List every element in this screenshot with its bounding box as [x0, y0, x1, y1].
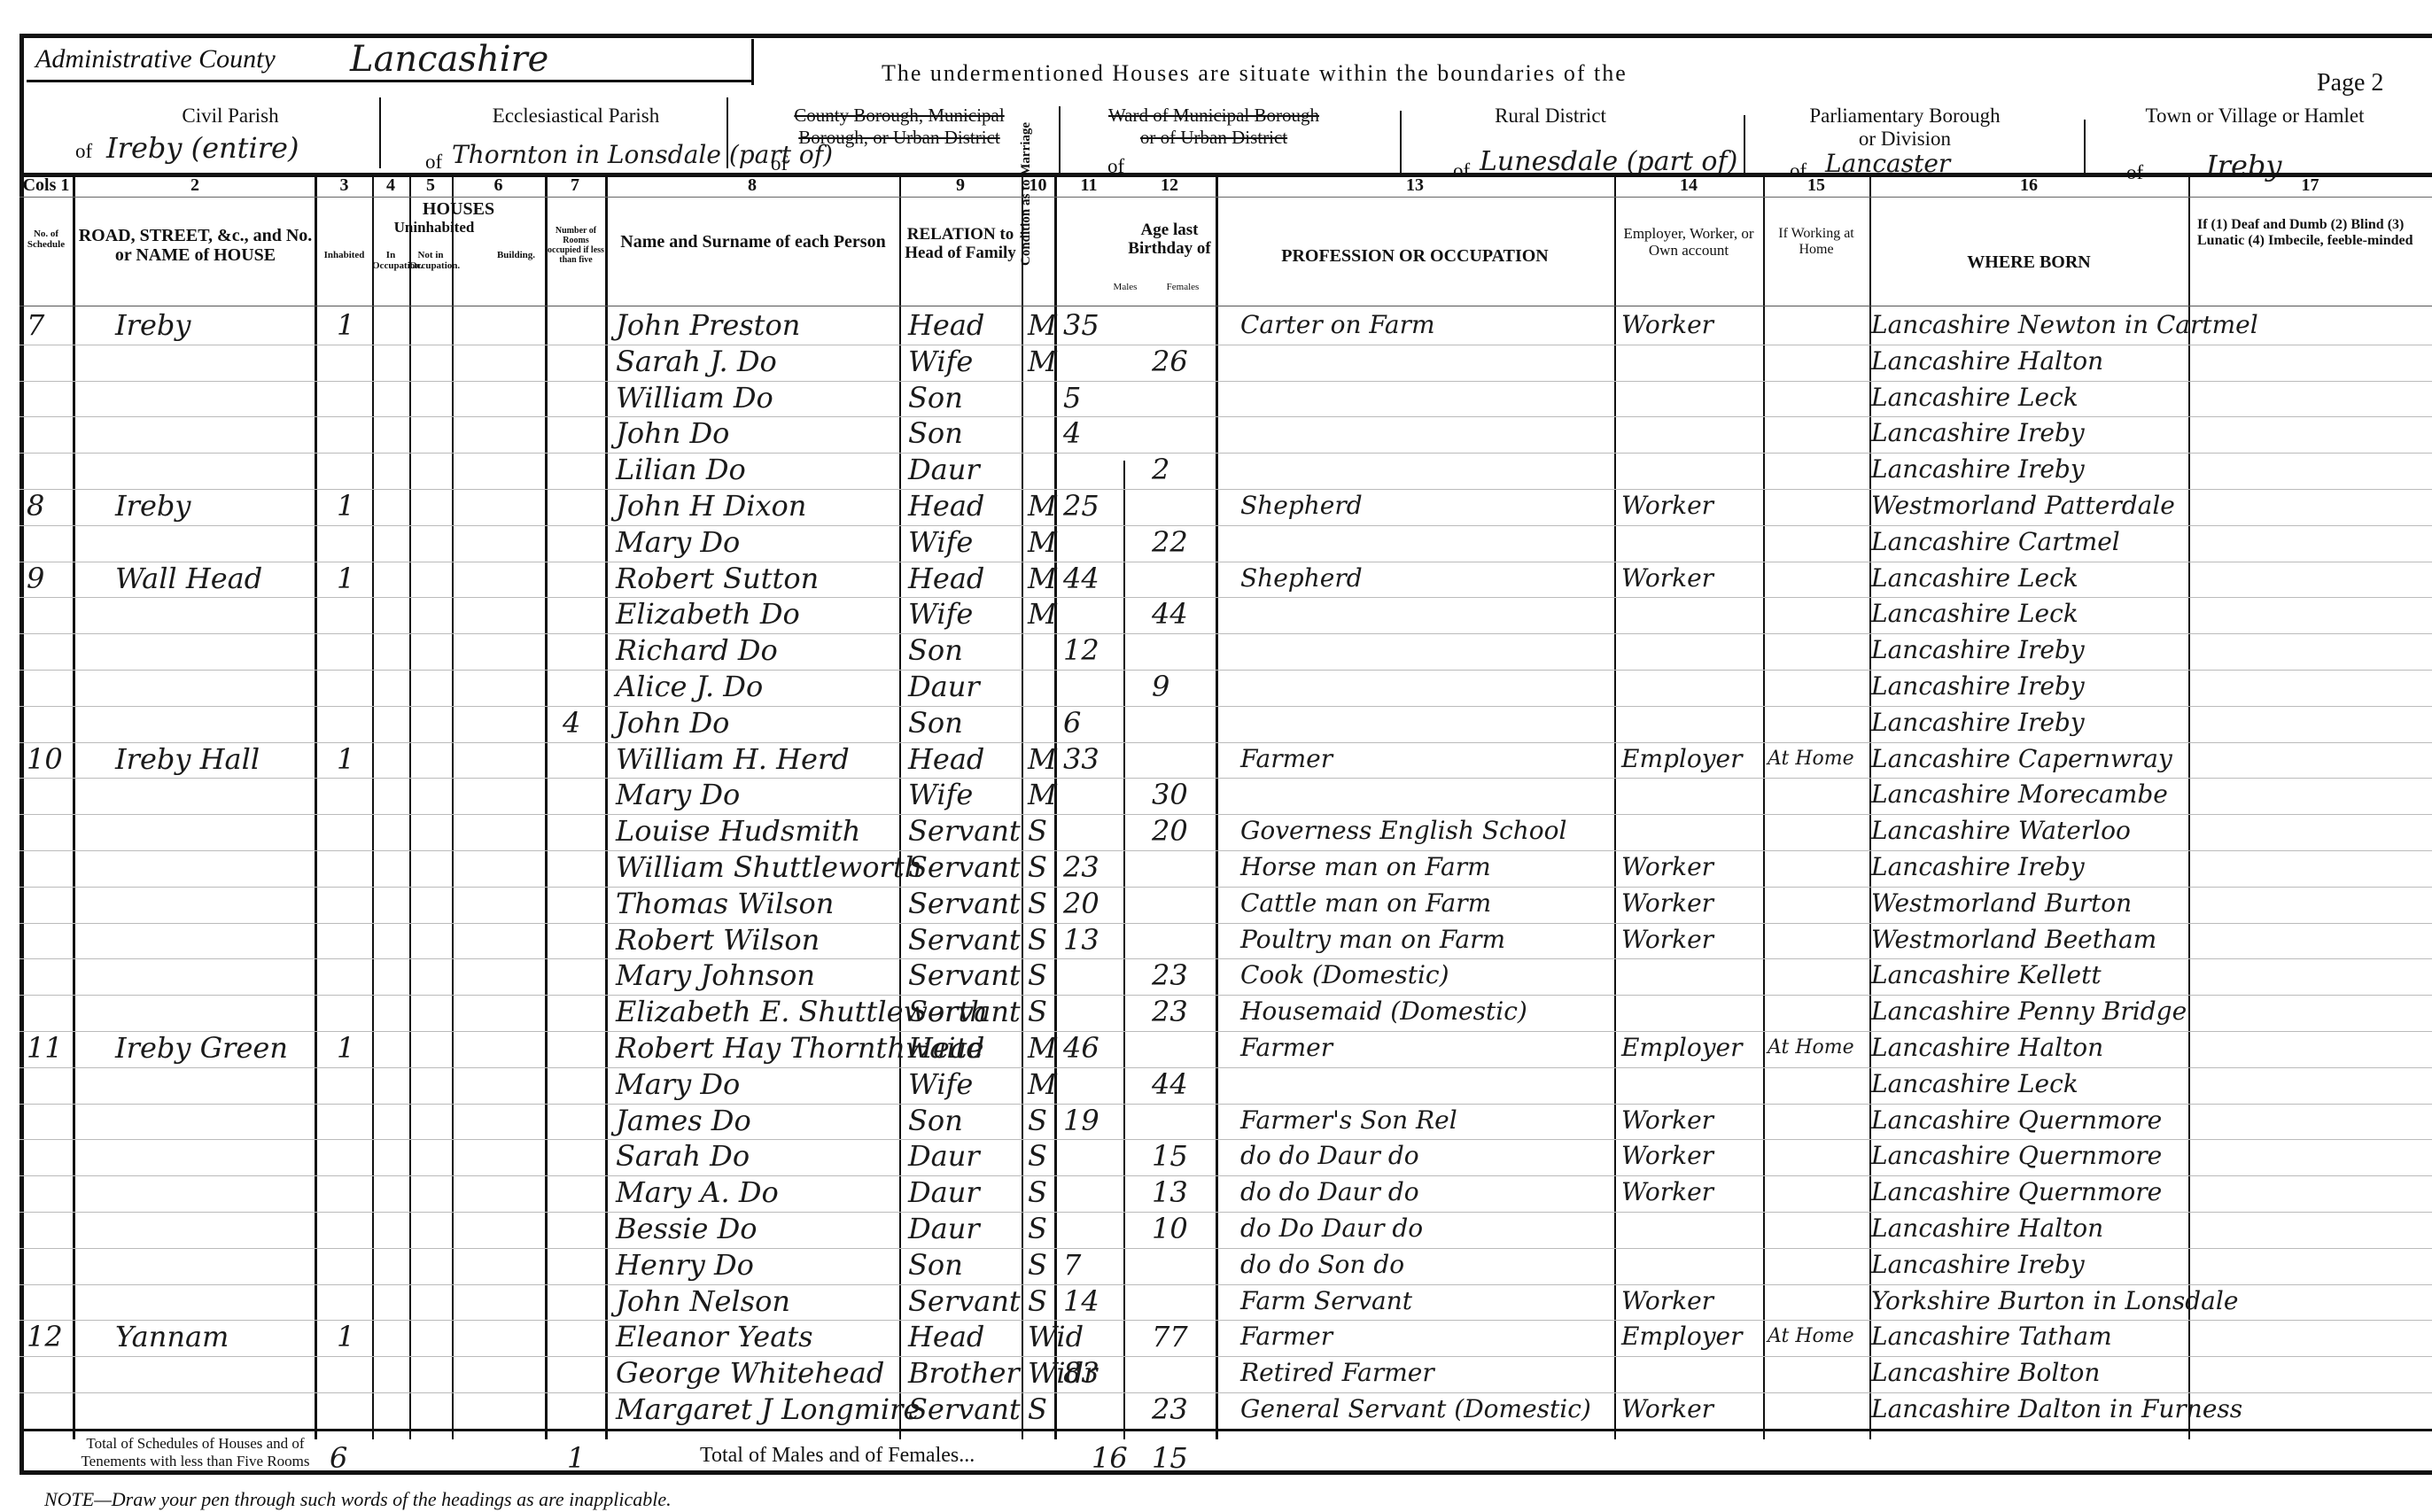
cell-inhabited: 1: [337, 487, 354, 524]
cell-employer: Employer: [1621, 1318, 1743, 1355]
cell-female-age: 26: [1152, 343, 1188, 380]
cell-male-age: 7: [1063, 1246, 1081, 1283]
cell-born: Lancashire Leck: [1871, 595, 2078, 632]
cell-born: Lancashire Leck: [1871, 1066, 2078, 1103]
cell-condition: S: [1028, 993, 1047, 1030]
cell-occupation: Retired Farmer: [1240, 1354, 1434, 1392]
cell-name: Henry Do: [616, 1246, 754, 1283]
cell-female-age: 77: [1152, 1318, 1188, 1355]
cell-relation: Wife: [908, 523, 973, 561]
col-line: [2188, 174, 2190, 1439]
cell-born: Yorkshire Burton in Lonsdale: [1871, 1283, 2238, 1320]
cell-employer: Employer: [1621, 740, 1743, 778]
rural-district-label: Rural District: [1435, 105, 1666, 128]
col-head-building: Building.: [487, 250, 545, 260]
cell-schedule: 10: [27, 740, 63, 778]
cell-occupation: Shepherd: [1240, 487, 1363, 524]
col-head-uninhabited: Uninhabited: [372, 220, 496, 236]
cell-condition: M: [1028, 595, 1057, 632]
cell-occupation: Governess English School: [1240, 812, 1566, 849]
col-number: 15: [1763, 175, 1869, 196]
cell-house: Wall Head: [115, 560, 262, 597]
col-number: 9: [899, 175, 1022, 196]
county-borough-label-2: Borough, or Urban District: [753, 127, 1045, 149]
header-separator: [1744, 115, 1745, 173]
cell-relation: Head: [908, 740, 984, 778]
parliamentary-label: Parliamentary Borough or Division: [1772, 105, 2038, 151]
col-number: 11: [1054, 175, 1123, 196]
cell-name: Richard Do: [616, 632, 778, 669]
cell-born: Lancashire Bolton: [1871, 1354, 2100, 1392]
cell-born: Lancashire Quernmore: [1871, 1137, 2162, 1175]
cell-relation: Daur: [908, 1210, 980, 1247]
ward-label: Ward of Municipal Borough or of Urban Di…: [1072, 105, 1356, 149]
col-line: [1614, 174, 1616, 1439]
cell-occupation: Carter on Farm: [1240, 306, 1435, 344]
cell-house: Ireby: [115, 306, 190, 344]
cell-condition: M: [1028, 1029, 1057, 1066]
col-line: [1123, 461, 1125, 1439]
county-underline: [27, 80, 753, 82]
col-head-working-home: If Working at Home: [1765, 226, 1868, 257]
col-head-condition: Condition as to Marriage: [1019, 124, 1034, 266]
cell-relation: Wife: [908, 595, 973, 632]
col-line: [899, 174, 901, 1439]
cell-born: Lancashire Quernmore: [1871, 1102, 2162, 1139]
cell-born: Westmorland Beetham: [1871, 921, 2156, 958]
cell-house: Ireby Hall: [115, 740, 260, 778]
eccl-of: of: [425, 151, 442, 174]
cell-born: Lancashire Penny Bridge: [1871, 993, 2187, 1030]
col-head-road: ROAD, STREET, &c., and No. or NAME of HO…: [78, 226, 313, 265]
cell-occupation: Horse man on Farm: [1240, 849, 1491, 886]
cell-relation: Wife: [908, 343, 973, 380]
cell-occupation: Farm Servant: [1240, 1283, 1412, 1320]
cell-name: Elizabeth Do: [616, 595, 800, 632]
cell-employer: Worker: [1621, 921, 1713, 958]
cell-name: William Do: [616, 379, 773, 416]
cell-name: George Whitehead: [616, 1354, 884, 1392]
col-head-infirmity: If (1) Deaf and Dumb (2) Blind (3) Lunat…: [2197, 217, 2423, 248]
col-number: 3: [316, 175, 372, 196]
cell-condition: S: [1028, 957, 1047, 994]
cell-male-age: 44: [1063, 560, 1099, 597]
cell-employer: Worker: [1621, 1283, 1713, 1320]
cell-name: Mary Do: [616, 1066, 740, 1103]
cell-condition: S: [1028, 1102, 1047, 1139]
cell-male-age: 23: [1063, 849, 1099, 886]
cell-female-age: 23: [1152, 993, 1188, 1030]
cell-condition: M: [1028, 740, 1057, 778]
cell-relation: Son: [908, 1102, 963, 1139]
cell-employer: Worker: [1621, 306, 1713, 344]
cell-inhabited: 1: [337, 1029, 354, 1066]
cell-born: Lancashire Ireby: [1871, 415, 2085, 452]
cell-employer: Worker: [1621, 487, 1713, 524]
cell-male-age: 83: [1063, 1354, 1099, 1392]
col-head-males: Males: [1099, 282, 1152, 292]
cell-born: Lancashire Quernmore: [1871, 1174, 2162, 1211]
cell-occupation: Farmer: [1240, 1318, 1333, 1355]
col-number: 5: [409, 175, 452, 196]
col-line: [315, 174, 317, 1439]
ecclesiastical-parish-label: Ecclesiastical Parish: [443, 105, 709, 128]
cell-name: John H Dixon: [616, 487, 806, 524]
cell-name: Thomas Wilson: [616, 885, 834, 922]
cell-occupation: do do Son do: [1240, 1246, 1404, 1283]
cell-female-age: 23: [1152, 1391, 1188, 1428]
cell-employer: Worker: [1621, 885, 1713, 922]
cell-male-age: 12: [1063, 632, 1099, 669]
cell-name: Sarah Do: [616, 1137, 750, 1175]
cell-name: James Do: [616, 1102, 751, 1139]
ward-label-2: or of Urban District: [1072, 127, 1356, 149]
cell-inhabited: 1: [337, 306, 354, 344]
cell-name: Robert Sutton: [616, 560, 819, 597]
cell-relation: Brother: [908, 1354, 1020, 1392]
cell-relation: Servant: [908, 993, 1021, 1030]
cell-relation: Head: [908, 560, 984, 597]
col-head-in-occupation: In Occupation.: [372, 250, 409, 271]
cell-born: Lancashire Ireby: [1871, 668, 2085, 705]
col-line: [1216, 174, 1218, 1439]
col-line: [1022, 174, 1023, 1439]
cell-relation: Servant: [908, 885, 1021, 922]
cell-female-age: 44: [1152, 595, 1188, 632]
cell-relation: Son: [908, 704, 963, 741]
cell-born: Lancashire Ireby: [1871, 1246, 2085, 1283]
cell-condition: M: [1028, 343, 1057, 380]
parliamentary-label-2: or Division: [1772, 128, 2038, 151]
cell-relation: Head: [908, 1029, 984, 1066]
cell-name: Mary A. Do: [616, 1174, 779, 1211]
cell-born: Lancashire Dalton in Furness: [1871, 1391, 2242, 1428]
cell-condition: S: [1028, 885, 1047, 922]
cell-male-age: 19: [1063, 1102, 1099, 1139]
col-line: [1763, 174, 1765, 1439]
cell-condition: M: [1028, 776, 1057, 813]
col-number: 8: [605, 175, 899, 196]
cell-condition: S: [1028, 1391, 1047, 1428]
col-number: 14: [1614, 175, 1763, 196]
cell-born: Lancashire Leck: [1871, 379, 2078, 416]
col-number: 6: [452, 175, 545, 196]
cell-male-age: 46: [1063, 1029, 1099, 1066]
col-number: 2: [75, 175, 315, 196]
col-head-rooms: Number of Rooms occupied if less than fi…: [547, 226, 605, 265]
cell-male-age: 4: [1063, 415, 1081, 452]
civil-parish-value: Ireby (entire): [106, 131, 299, 165]
cell-at-home: At Home: [1768, 740, 1854, 778]
cell-born: Lancashire Newton in Cartmel: [1871, 306, 2258, 344]
cell-rooms: 4: [563, 704, 580, 741]
cell-schedule: 12: [27, 1318, 63, 1355]
col-head-age: Age last Birthday of: [1123, 221, 1216, 259]
cell-male-age: 13: [1063, 921, 1099, 958]
cell-female-age: 2: [1152, 451, 1169, 488]
col-number: 17: [2188, 175, 2432, 196]
cell-name: Eleanor Yeats: [616, 1318, 813, 1355]
col-number: 7: [545, 175, 605, 196]
col-line: [73, 174, 75, 1439]
col-head-name: Name and Surname of each Person: [611, 232, 895, 252]
cell-male-age: 20: [1063, 885, 1099, 922]
cell-occupation: Cook (Domestic): [1240, 957, 1449, 994]
cell-born: Lancashire Capernwray: [1871, 740, 2172, 778]
cell-male-age: 35: [1063, 306, 1099, 344]
cell-name: Louise Hudsmith: [616, 812, 860, 849]
cell-born: Lancashire Ireby: [1871, 451, 2085, 488]
cell-relation: Head: [908, 487, 984, 524]
cell-male-age: 25: [1063, 487, 1099, 524]
cell-born: Lancashire Tatham: [1871, 1318, 2112, 1355]
cell-name: Mary Do: [616, 523, 740, 561]
cell-house: Yannam: [115, 1318, 229, 1355]
cell-born: Lancashire Cartmel: [1871, 523, 2120, 561]
cell-female-age: 22: [1152, 523, 1188, 561]
footer-note: NOTE—Draw your pen through such words of…: [44, 1488, 672, 1511]
totals-schedules-label: Total of Schedules of Houses and of Tene…: [78, 1435, 313, 1469]
cell-occupation: Farmer: [1240, 1029, 1333, 1066]
col-line: [372, 174, 374, 1439]
cell-employer: Worker: [1621, 1174, 1713, 1211]
cell-employer: Worker: [1621, 1391, 1713, 1428]
cell-relation: Son: [908, 1246, 963, 1283]
cell-at-home: At Home: [1768, 1318, 1854, 1355]
cell-schedule: 7: [27, 306, 44, 344]
cell-condition: S: [1028, 1137, 1047, 1175]
cell-relation: Servant: [908, 1391, 1021, 1428]
rule: [19, 197, 2432, 198]
col-line: [545, 174, 548, 1439]
cell-occupation: Farmer: [1240, 740, 1333, 778]
cell-schedule: 9: [27, 560, 44, 597]
cell-name: Margaret J Longmire: [616, 1391, 920, 1428]
col-head-employer: Employer, Worker, or Own account: [1617, 226, 1760, 259]
cell-condition: M: [1028, 487, 1057, 524]
cell-occupation: do do Daur do: [1240, 1137, 1419, 1175]
cell-relation: Head: [908, 1318, 984, 1355]
admin-county-value: Lancashire: [350, 39, 548, 80]
cell-born: Lancashire Waterloo: [1871, 812, 2131, 849]
cell-female-age: 20: [1152, 812, 1188, 849]
cell-relation: Servant: [908, 1283, 1021, 1320]
cell-male-age: 6: [1063, 704, 1081, 741]
cell-born: Lancashire Kellett: [1871, 957, 2102, 994]
cell-name: John Do: [616, 415, 729, 452]
cell-at-home: At Home: [1768, 1029, 1854, 1066]
cell-schedule: 8: [27, 487, 44, 524]
cell-relation: Servant: [908, 812, 1021, 849]
col-number: 4: [372, 175, 409, 196]
cell-relation: Servant: [908, 921, 1021, 958]
cell-employer: Employer: [1621, 1029, 1743, 1066]
cell-condition: S: [1028, 1283, 1047, 1320]
header-separator: [1400, 111, 1402, 173]
cell-female-age: 9: [1152, 668, 1169, 705]
cell-inhabited: 1: [337, 740, 354, 778]
cell-relation: Son: [908, 379, 963, 416]
col-head-occupation: PROFESSION OR OCCUPATION: [1216, 246, 1614, 266]
cell-name: Mary Do: [616, 776, 740, 813]
cell-employer: Worker: [1621, 1102, 1713, 1139]
cell-born: Lancashire Ireby: [1871, 632, 2085, 669]
cell-condition: S: [1028, 812, 1047, 849]
col-head-females: Females: [1152, 282, 1214, 292]
cell-occupation: Poultry man on Farm: [1240, 921, 1505, 958]
cell-condition: M: [1028, 306, 1057, 344]
cell-occupation: do Do Daur do: [1240, 1210, 1423, 1247]
cell-occupation: do do Daur do: [1240, 1174, 1419, 1211]
col-head-not-in-occupation: Not in Occupation.: [409, 250, 452, 271]
cell-born: Westmorland Burton: [1871, 885, 2132, 922]
county-separator: [751, 39, 754, 85]
cell-condition: S: [1028, 921, 1047, 958]
cell-born: Lancashire Morecambe: [1871, 776, 2168, 813]
cell-born: Lancashire Leck: [1871, 560, 2078, 597]
cell-occupation: Shepherd: [1240, 560, 1363, 597]
col-line: [452, 174, 454, 1439]
cell-condition: M: [1028, 1066, 1057, 1103]
cell-male-age: 33: [1063, 740, 1099, 778]
bottom-rule: [19, 1470, 2432, 1475]
cell-female-age: 10: [1152, 1210, 1188, 1247]
col-head-inhabited: Inhabited: [316, 250, 372, 260]
cell-female-age: 23: [1152, 957, 1188, 994]
cell-born: Lancashire Halton: [1871, 1029, 2103, 1066]
cell-relation: Wife: [908, 776, 973, 813]
cell-name: Sarah J. Do: [616, 343, 777, 380]
col-line: [605, 174, 608, 1439]
cell-employer: Worker: [1621, 1137, 1713, 1175]
header-separator: [726, 97, 728, 168]
county-borough-label: County Borough, Municipal Borough, or Ur…: [753, 105, 1045, 149]
header-separator: [1059, 106, 1061, 173]
cell-male-age: 5: [1063, 379, 1081, 416]
cell-condition: M: [1028, 523, 1057, 561]
cell-female-age: 13: [1152, 1174, 1188, 1211]
cell-occupation: Cattle man on Farm: [1240, 885, 1491, 922]
col-number: 13: [1216, 175, 1614, 196]
cell-name: John Nelson: [616, 1283, 790, 1320]
col-head-schedule: No. of Schedule: [19, 229, 73, 250]
cell-relation: Daur: [908, 451, 980, 488]
cell-male-age: 14: [1063, 1283, 1099, 1320]
col-head-relation: RELATION to Head of Family: [902, 226, 1019, 263]
header-separator: [379, 97, 381, 168]
cell-born: Lancashire Ireby: [1871, 849, 2085, 886]
civil-parish-label: Civil Parish: [133, 105, 328, 128]
col-number: 12: [1123, 175, 1216, 196]
cell-female-age: 44: [1152, 1066, 1188, 1103]
cell-name: Bessie Do: [616, 1210, 758, 1247]
parliamentary-label-1: Parliamentary Borough: [1772, 105, 2038, 128]
col-number: Cols 1: [19, 175, 73, 196]
cell-relation: Head: [908, 306, 984, 344]
totals-rule: [19, 1429, 2432, 1431]
cell-occupation: Housemaid (Domestic): [1240, 993, 1527, 1030]
cell-condition: S: [1028, 849, 1047, 886]
cell-condition: Wid: [1028, 1318, 1084, 1355]
cell-employer: Worker: [1621, 849, 1713, 886]
cell-house: Ireby Green: [115, 1029, 288, 1066]
cell-relation: Son: [908, 632, 963, 669]
civil-parish-of: of: [75, 140, 92, 163]
cell-condition: S: [1028, 1210, 1047, 1247]
cell-schedule: 11: [27, 1029, 63, 1066]
admin-county-label: Administrative County: [35, 44, 276, 74]
cell-house: Ireby: [115, 487, 190, 524]
cell-condition: S: [1028, 1174, 1047, 1211]
cell-relation: Daur: [908, 1137, 980, 1175]
cell-born: Lancashire Ireby: [1871, 704, 2085, 741]
cell-name: William Shuttleworth: [616, 849, 922, 886]
cell-name: John Do: [616, 704, 729, 741]
cell-employer: Worker: [1621, 560, 1713, 597]
town-label: Town or Village or Hamlet: [2100, 105, 2410, 128]
cell-relation: Son: [908, 415, 963, 452]
page-number: Page 2: [2317, 69, 2383, 97]
cell-occupation: Farmer's Son Rel: [1240, 1102, 1457, 1139]
cell-condition: S: [1028, 1246, 1047, 1283]
ward-label-1: Ward of Municipal Borough: [1072, 105, 1356, 127]
cell-relation: Servant: [908, 849, 1021, 886]
totals-males-females-label: Total of Males and of Females...: [700, 1444, 975, 1468]
col-line: [409, 174, 411, 1439]
cell-female-age: 15: [1152, 1137, 1188, 1175]
cell-condition: M: [1028, 560, 1057, 597]
cell-born: Westmorland Patterdale: [1871, 487, 2175, 524]
cell-relation: Wife: [908, 1066, 973, 1103]
cell-name: Alice J. Do: [616, 668, 763, 705]
col-head-where-born: WHERE BORN: [1869, 252, 2188, 272]
cell-relation: Daur: [908, 1174, 980, 1211]
situate-text: The undermentioned Houses are situate wi…: [882, 60, 1628, 87]
cell-name: Mary Johnson: [616, 957, 815, 994]
col-number: 16: [1869, 175, 2188, 196]
cell-inhabited: 1: [337, 560, 354, 597]
cell-name: Robert Wilson: [616, 921, 820, 958]
col-head-houses: HOUSES: [372, 199, 545, 219]
cell-inhabited: 1: [337, 1318, 354, 1355]
cell-born: Lancashire Halton: [1871, 1210, 2103, 1247]
cell-name: Lilian Do: [616, 451, 746, 488]
cell-relation: Daur: [908, 668, 980, 705]
cell-name: William H. Herd: [616, 740, 850, 778]
cell-name: John Preston: [616, 306, 800, 344]
cell-female-age: 30: [1152, 776, 1188, 813]
cell-born: Lancashire Halton: [1871, 343, 2103, 380]
cell-occupation: General Servant (Domestic): [1240, 1391, 1591, 1428]
cell-relation: Servant: [908, 957, 1021, 994]
header-separator: [2084, 120, 2086, 174]
county-borough-label-1: County Borough, Municipal: [753, 105, 1045, 127]
